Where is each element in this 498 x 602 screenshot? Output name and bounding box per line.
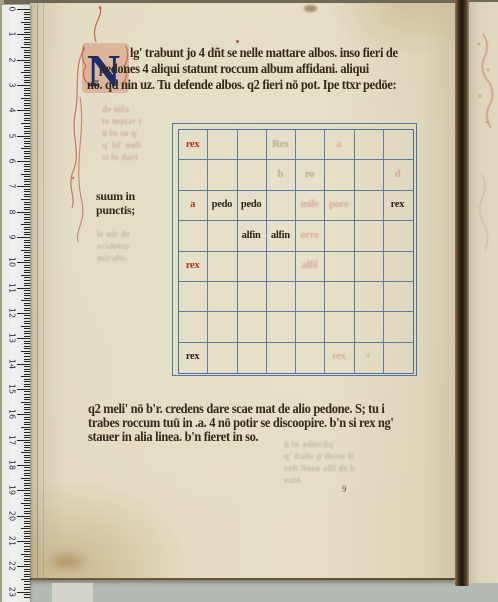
ruler-tick (24, 442, 30, 443)
ruler-tick (24, 141, 30, 142)
ruler-tick (24, 397, 30, 398)
board-cell (267, 343, 296, 373)
show-through-text: de uilate matar īū in so q'q' bl' uultsi… (102, 103, 168, 163)
ruler-tick (21, 528, 30, 529)
ruler-tick (21, 22, 30, 23)
ruler-number: 9 (7, 231, 17, 242)
ruler-tick (24, 419, 30, 420)
ruler-tick (24, 422, 30, 423)
ruler-tick (24, 181, 30, 182)
ruler-tick (24, 50, 30, 51)
text-line: lg' trabunt jo 4 dñt se nelle mattare al… (130, 45, 398, 61)
ruler-tick (24, 584, 30, 585)
board-cell (179, 191, 208, 221)
ruler-tick (24, 369, 30, 370)
ruler-tick (21, 275, 30, 276)
ruler-tick (24, 341, 30, 342)
ruler-tick (24, 39, 30, 40)
ruler-tick (21, 376, 30, 377)
ruler-tick (24, 346, 30, 347)
ruler-tick (24, 95, 30, 96)
ruler-tick (24, 485, 30, 486)
ruler-tick (24, 189, 30, 190)
ruler-tick (24, 265, 30, 266)
ruler-tick (24, 381, 30, 382)
text-line: stauer in alia linea. b'n fieret in so. (88, 429, 258, 445)
ruler-tick (24, 32, 30, 33)
ruler-tick (24, 131, 30, 132)
ruler-tick (21, 452, 30, 453)
ruler-tick (24, 156, 30, 157)
ruler-tick (24, 166, 30, 167)
board-cell (325, 312, 354, 342)
ruler-tick (24, 333, 30, 334)
ruler-tick (24, 70, 30, 71)
board-cell (208, 191, 237, 221)
board-cell (208, 282, 237, 312)
ruler-tick (21, 123, 30, 124)
ruler-tick (24, 366, 30, 367)
binding-gutter (455, 0, 469, 586)
ruler-tick (24, 240, 30, 241)
ruler-tick (24, 24, 30, 25)
board-cell (179, 160, 208, 190)
ruler-tick (17, 34, 30, 35)
board-cell (238, 343, 267, 373)
ruler-number: 12 (7, 307, 17, 318)
ruler-tick (21, 199, 30, 200)
ruler-tick (24, 90, 30, 91)
ruler-tick (24, 521, 30, 522)
ruler-tick (17, 516, 30, 517)
ruler-number: 1 (7, 29, 17, 40)
ruler-tick (24, 359, 30, 360)
ruler-tick (24, 467, 30, 468)
ruler-tick (24, 315, 30, 316)
ruler-tick (24, 353, 30, 354)
ruler-tick (24, 556, 30, 557)
board-cell (296, 221, 325, 251)
ruler-tick (24, 196, 30, 197)
show-through-line: ecidetur (97, 240, 161, 252)
ruler-tick (24, 93, 30, 94)
ruler-tick (24, 298, 30, 299)
ruler-tick (24, 285, 30, 286)
ruler-tick (24, 293, 30, 294)
ruler-tick (24, 495, 30, 496)
ruler-tick (21, 351, 30, 352)
margin-note-line: suum in (96, 189, 135, 203)
ruler-number: 7 (7, 181, 17, 192)
ruler-tick (24, 455, 30, 456)
ruler-tick (24, 511, 30, 512)
ruler-tick (24, 184, 30, 185)
ruler-tick (17, 85, 30, 86)
ruler-number: 19 (7, 485, 17, 496)
ink-speck (236, 40, 239, 43)
ruler-tick (24, 561, 30, 562)
show-through-text: le uir deecideturmiralis. (97, 228, 161, 264)
ruler-tick (24, 52, 30, 53)
ruler-tick (24, 384, 30, 385)
show-through-line: miralis. (97, 252, 161, 264)
ruler-tick (24, 191, 30, 192)
ruler-tick (24, 475, 30, 476)
board-cell (296, 160, 325, 190)
ruler-tick (24, 394, 30, 395)
ruler-tick (24, 128, 30, 129)
text-line: nō. qd nin uz. Tu defende albos. q2 fier… (87, 77, 396, 93)
board-cell (355, 252, 384, 282)
ruler-tick (24, 133, 30, 134)
ruler-tick (24, 407, 30, 408)
ruler-tick (24, 242, 30, 243)
board-cell (384, 343, 413, 373)
ruler-tick (21, 300, 30, 301)
board-cell (179, 343, 208, 373)
ruler-tick (24, 594, 30, 595)
ruler-tick (24, 386, 30, 387)
facing-page-edge (469, 2, 498, 583)
ruler-tick (24, 171, 30, 172)
ruler-tick (24, 435, 30, 436)
ruler-number: 0 (7, 4, 17, 15)
ruler-tick (24, 328, 30, 329)
board-cell (325, 252, 354, 282)
background-card (52, 583, 93, 602)
ruler-tick (17, 9, 30, 10)
ruler-tick (24, 331, 30, 332)
ruler-number: 22 (7, 561, 17, 572)
ruler-tick (24, 318, 30, 319)
ruler-tick (24, 158, 30, 159)
ruler-tick (24, 470, 30, 471)
board-grid (178, 129, 414, 374)
ruler-tick (24, 437, 30, 438)
ruler-tick (21, 478, 30, 479)
ruler-tick (17, 110, 30, 111)
show-through-line: te matar ī (102, 115, 168, 127)
board-cell (179, 221, 208, 251)
ruler-tick (24, 108, 30, 109)
parchment-stain (36, 544, 98, 578)
ruler-tick (24, 151, 30, 152)
ruler-tick (24, 462, 30, 463)
ruler-number: 13 (7, 333, 17, 344)
ruler-tick (24, 336, 30, 337)
ruler-tick (24, 450, 30, 451)
show-through-line: ū in so q' (102, 127, 168, 139)
ruler-number: 4 (7, 105, 17, 116)
ruler-tick (24, 75, 30, 76)
ruler-tick (24, 115, 30, 116)
ruler-tick (17, 136, 30, 137)
board-cell (325, 282, 354, 312)
ruler-tick (17, 566, 30, 567)
board-cell (296, 282, 325, 312)
board-cell (384, 312, 413, 342)
ruler-tick (24, 207, 30, 208)
board-cell (238, 130, 267, 160)
ruler-tick (24, 508, 30, 509)
ruler-number: 11 (7, 282, 17, 293)
board-cell (267, 191, 296, 221)
ruler-tick (24, 549, 30, 550)
ruler-tick (17, 465, 30, 466)
ruler-tick (24, 569, 30, 570)
ruler-tick (24, 80, 30, 81)
ruler-number: 17 (7, 434, 17, 445)
ruler-tick (24, 280, 30, 281)
ruler-tick (24, 457, 30, 458)
ruler-tick (17, 592, 30, 593)
ruler-tick (21, 224, 30, 225)
ruler-tick (24, 283, 30, 284)
ruler-number: 21 (7, 535, 17, 546)
ruler-tick (24, 169, 30, 170)
board-cell (296, 252, 325, 282)
ruler-number: 8 (7, 206, 17, 217)
board-cell (296, 130, 325, 160)
ruler-tick (24, 523, 30, 524)
ruler-tick (24, 118, 30, 119)
ruler-tick (24, 597, 30, 598)
board-cell (238, 282, 267, 312)
board-cell (208, 312, 237, 342)
ruler-tick (24, 179, 30, 180)
facing-page-penwork (474, 172, 492, 262)
ruler-tick (24, 245, 30, 246)
ruler-tick (21, 402, 30, 403)
show-through-line: si fo dari (102, 151, 168, 163)
ruler-tick (24, 222, 30, 223)
ruler-tick (24, 473, 30, 474)
ruler-tick (24, 44, 30, 45)
ruler-tick (24, 143, 30, 144)
board-cell (179, 252, 208, 282)
ruler-number: 6 (7, 155, 17, 166)
ruler-tick (24, 538, 30, 539)
ruler-tick (17, 541, 30, 542)
board-cell (384, 252, 413, 282)
ruler-tick (21, 72, 30, 73)
ruler-tick (21, 98, 30, 99)
ruler-tick (24, 546, 30, 547)
ruler-tick (24, 574, 30, 575)
text-line: pedones 4 aliqui statunt roccum album af… (99, 61, 369, 77)
board-cell (267, 160, 296, 190)
show-through-line: ū in adiecūq' (284, 438, 446, 450)
ruler-tick (24, 217, 30, 218)
ruler-tick (24, 29, 30, 30)
ruler-tick (17, 313, 30, 314)
ruler-tick (24, 424, 30, 425)
show-through-line: q' bl' uult (102, 139, 168, 151)
ruler-number: 2 (7, 54, 17, 65)
ruler-tick (24, 371, 30, 372)
show-through-line: le uir de (97, 228, 161, 240)
ruler-tick (21, 554, 30, 555)
ruler-tick (24, 409, 30, 410)
board-cell (384, 221, 413, 251)
ruler-tick (24, 227, 30, 228)
ruler-tick (24, 19, 30, 20)
ruler-tick (24, 234, 30, 235)
ruler-tick (24, 67, 30, 68)
show-through-line: eatō (284, 474, 446, 486)
ruler-tick (24, 480, 30, 481)
ruler-tick (24, 581, 30, 582)
page-edge-line (37, 3, 38, 579)
ruler-number: 20 (7, 510, 17, 521)
board-cell (238, 221, 267, 251)
board-cell (267, 282, 296, 312)
board-cell (325, 191, 354, 221)
ruler-tick (17, 60, 30, 61)
board-cell (238, 160, 267, 190)
ruler-tick (24, 518, 30, 519)
ruler-tick (24, 412, 30, 413)
board-cell (179, 312, 208, 342)
board-cell (208, 130, 237, 160)
board-cell (267, 221, 296, 251)
ruler-tick (24, 153, 30, 154)
ruler-tick (24, 460, 30, 461)
ruler-tick (24, 399, 30, 400)
board-cell (238, 312, 267, 342)
ruler-tick (24, 488, 30, 489)
ruler-tick (24, 113, 30, 114)
board-cell (267, 312, 296, 342)
ruler-tick (24, 257, 30, 258)
ruler-tick (24, 483, 30, 484)
board-cell (355, 282, 384, 312)
ruler-tick (24, 290, 30, 291)
board-cell (355, 221, 384, 251)
ruler-number: 16 (7, 409, 17, 420)
ruler-tick (24, 247, 30, 248)
ruler-tick (24, 209, 30, 210)
board-cell (238, 191, 267, 221)
ruler-tick (17, 161, 30, 162)
ruler-tick (24, 260, 30, 261)
ruler-tick (24, 37, 30, 38)
ruler-tick (24, 232, 30, 233)
ruler-tick (24, 17, 30, 18)
ruler-tick (24, 305, 30, 306)
ruler-tick (21, 427, 30, 428)
ruler-tick (17, 364, 30, 365)
ruler-tick (17, 262, 30, 263)
ruler-tick (24, 571, 30, 572)
ruler-tick (17, 212, 30, 213)
board-cell (267, 252, 296, 282)
ruler-tick (17, 389, 30, 390)
ruler-tick (24, 303, 30, 304)
parchment-stain (304, 5, 317, 12)
board-cell (267, 130, 296, 160)
ruler-tick (24, 432, 30, 433)
ruler-tick (24, 576, 30, 577)
ruler-tick (24, 255, 30, 256)
ruler-tick (21, 326, 30, 327)
ruler: 01234567891011121314151617181920212223 (2, 5, 30, 602)
ruler-tick (24, 564, 30, 565)
ruler-tick (24, 100, 30, 101)
ruler-tick (24, 277, 30, 278)
ruler-tick (17, 414, 30, 415)
ruler-tick (24, 194, 30, 195)
board-cell (355, 160, 384, 190)
ruler-tick (17, 237, 30, 238)
ruler-tick (24, 374, 30, 375)
ruler-tick (21, 503, 30, 504)
board-cell (355, 191, 384, 221)
ruler-tick (24, 513, 30, 514)
ruler-tick (24, 361, 30, 362)
board-cell (296, 312, 325, 342)
board-cell (179, 282, 208, 312)
ruler-tick (24, 417, 30, 418)
ruler-number: 15 (7, 383, 17, 394)
board-cell (355, 312, 384, 342)
board-cell (325, 130, 354, 160)
board-cell (296, 343, 325, 373)
ruler-tick (24, 146, 30, 147)
ruler-tick (24, 252, 30, 253)
ruler-tick (24, 42, 30, 43)
ruler-number: 18 (7, 459, 17, 470)
ruler-tick (24, 219, 30, 220)
ruler-tick (24, 323, 30, 324)
ruler-tick (24, 272, 30, 273)
board-cell (355, 343, 384, 373)
ruler-tick (24, 164, 30, 165)
ruler-tick (24, 447, 30, 448)
ruler-tick (24, 310, 30, 311)
ruler-tick (24, 379, 30, 380)
ruler-tick (24, 120, 30, 121)
ruler-tick (24, 356, 30, 357)
board-cell (384, 191, 413, 221)
ruler-tick (24, 295, 30, 296)
ruler-tick (24, 308, 30, 309)
ruler-tick (24, 14, 30, 15)
ruler-tick (17, 440, 30, 441)
ruler-tick (24, 214, 30, 215)
ruler-number: 5 (7, 130, 17, 141)
ruler-tick (24, 229, 30, 230)
ruler-tick (24, 391, 30, 392)
ruler-tick (24, 536, 30, 537)
ruler-tick (24, 202, 30, 203)
ruler-tick (24, 533, 30, 534)
show-through-text: ū in adiecūq'q' italis p'desse lierit lī… (284, 438, 446, 486)
show-through-line: q' italis p'desse li (284, 450, 446, 462)
ruler-tick (24, 493, 30, 494)
page-bottom-edge (30, 578, 456, 580)
ruler-tick (24, 27, 30, 28)
ruler-tick (21, 579, 30, 580)
board-cell (208, 221, 237, 251)
margin-note: suum in punctis; (96, 189, 135, 217)
ruler-tick (24, 543, 30, 544)
ruler-tick (24, 270, 30, 271)
ruler-tick (24, 343, 30, 344)
page-edge-line (43, 3, 44, 579)
ruler-tick (17, 186, 30, 187)
ruler-tick (24, 55, 30, 56)
